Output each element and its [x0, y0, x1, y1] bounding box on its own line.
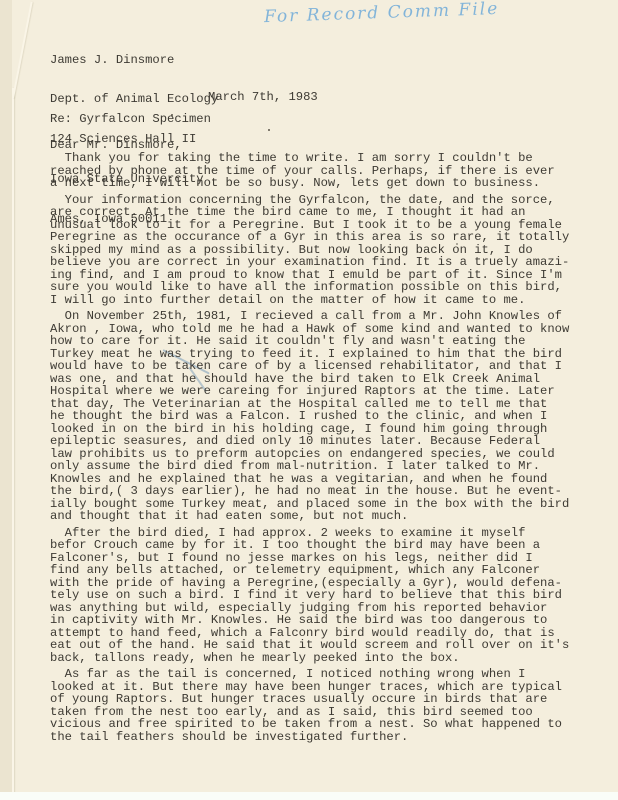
letter-date: March 7th, 1983 [208, 91, 318, 104]
paper-speck [268, 129, 270, 131]
paragraph-5: As far as the tail is concerned, I notic… [50, 668, 569, 743]
paragraph-4: After the bird died, I had approx. 2 wee… [50, 527, 569, 665]
letter-body: Thank you for taking the time to write. … [50, 152, 569, 747]
scanned-letter-page: For Record Comm File James J. Dinsmore D… [0, 0, 618, 800]
subject-line: Re: Gyrfalcon Specimen [50, 113, 211, 126]
paragraph-3: On November 25th, 1981, I recieved a cal… [50, 310, 569, 523]
sender-dept: Dept. of Animal Ecology [50, 93, 218, 106]
scan-bottom-edge [0, 792, 618, 800]
sender-name: James J. Dinsmore [50, 54, 218, 67]
paper-crease-diagonal [12, 2, 33, 99]
salutation: Dear Mr. Dinsmore, [50, 139, 182, 152]
paragraph-2: Your information concerning the Gyrfalco… [50, 194, 569, 307]
paper-left-edge [0, 0, 12, 800]
paper-crease-line [12, 88, 14, 800]
handwritten-annotation: For Record Comm File [264, 0, 500, 27]
paragraph-1: Thank you for taking the time to write. … [50, 152, 569, 190]
